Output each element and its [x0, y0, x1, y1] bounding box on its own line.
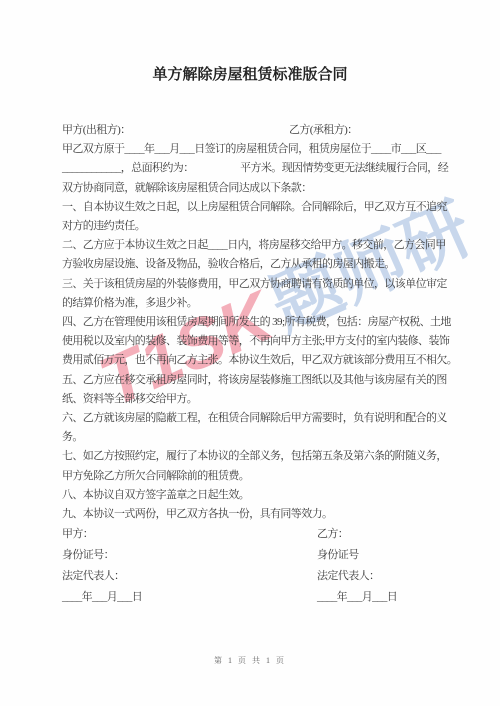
contract-line: 三、关于该租赁房屋的外装修费用，甲乙双方协商聘请有资质的单位，以该单位审定 — [62, 275, 438, 294]
page-number: 第 1 页 共 1 页 — [0, 655, 500, 666]
signature-row: 甲方：乙方： — [62, 524, 438, 545]
contract-line: 一、自本协议生效之日起，以上房屋租赁合同解除。合同解除后，甲乙双方互不追究 — [62, 198, 438, 217]
signature-block: 甲方：乙方：身份证号：身份证号法定代表人：法定代表人：____年___月___日… — [62, 524, 438, 608]
signature-field-party-b: ____年___月___日 — [317, 587, 397, 608]
signature-field-party-a: 身份证号： — [62, 545, 317, 566]
document-content: 甲方(出租方)： 乙方(承租方)： 甲乙双方原于____年___月___日签订的… — [62, 121, 438, 608]
contract-line: 方验收房屋设施、设备及物品，验收合格后，乙方从承租的房屋内搬走。 — [62, 255, 438, 274]
contract-line: 九、本协议一式两份，甲乙双方各执一份，具有同等效力。 — [62, 505, 438, 524]
contract-line: 六、乙方就该房屋的隐蔽工程，在租赁合同解除后甲方需要时，负有说明和配合的义 — [62, 409, 438, 428]
contract-line: 七、如乙方按照约定，履行了本协议的全部义务，包括第五条及第六条的附随义务， — [62, 447, 438, 466]
contract-line: 四、乙方在管理使用该租赁房屋期间所发生的 39;所有税费，包括：房屋产权税、土地 — [62, 313, 438, 332]
contract-line: ____________，总面积约为： 平方米。现因情势变更无法继续履行合同，经 — [62, 159, 438, 178]
contract-line: 对方的违约责任。 — [62, 217, 438, 236]
contract-body: 甲乙双方原于____年___月___日签订的房屋租赁合同，租赁房屋位于____市… — [62, 140, 438, 524]
contract-line: 务。 — [62, 428, 438, 447]
signature-field-party-b: 乙方： — [317, 524, 348, 545]
signature-field-party-b: 法定代表人： — [317, 566, 379, 587]
signature-row: 法定代表人：法定代表人： — [62, 566, 438, 587]
signature-field-party-b: 身份证号 — [317, 545, 359, 566]
signature-field-party-a: ____年___月___日 — [62, 587, 317, 608]
signature-field-party-a: 甲方： — [62, 524, 317, 545]
contract-line: 甲乙双方原于____年___月___日签订的房屋租赁合同，租赁房屋位于____市… — [62, 140, 438, 159]
contract-line: 双方协商同意，就解除该房屋租赁合同达成以下条款： — [62, 179, 438, 198]
contract-line: 纸、资料等全部移交给甲方。 — [62, 390, 438, 409]
document-title: 单方解除房屋租赁标准版合同 — [0, 0, 500, 84]
contract-line: 甲方免除乙方所欠合同解除前的租赁费。 — [62, 467, 438, 486]
contract-line: 二、乙方应于本协议生效之日起____日内，将房屋移交给甲方。移交前，乙方会同甲 — [62, 236, 438, 255]
signature-row: 身份证号：身份证号 — [62, 545, 438, 566]
contract-line: 使用税以及室内的装修、装饰费用等等，不再向甲方主张;甲方支付的室内装修、装饰 — [62, 332, 438, 351]
party-b-tenant-label: 乙方(承租方)： — [289, 121, 358, 140]
signature-row: ____年___月___日____年___月___日 — [62, 587, 438, 608]
contract-document: T1SK题师研 单方解除房屋租赁标准版合同 甲方(出租方)： 乙方(承租方)： … — [0, 0, 500, 706]
party-a-landlord-label: 甲方(出租方)： — [62, 121, 289, 140]
contract-line: 八、本协议自双方签字盖章之日起生效。 — [62, 486, 438, 505]
contract-line: 的结算价格为准，多退少补。 — [62, 294, 438, 313]
signature-field-party-a: 法定代表人： — [62, 566, 317, 587]
party-header-row: 甲方(出租方)： 乙方(承租方)： — [62, 121, 438, 140]
contract-line: 五、乙方应在移交承租房屋同时，将该房屋装修施工图纸以及其他与该房屋有关的图 — [62, 371, 438, 390]
contract-line: 费用贰佰万元，也不再向乙方主张。本协议生效后，甲乙双方就该部分费用互不相欠。 — [62, 351, 438, 370]
